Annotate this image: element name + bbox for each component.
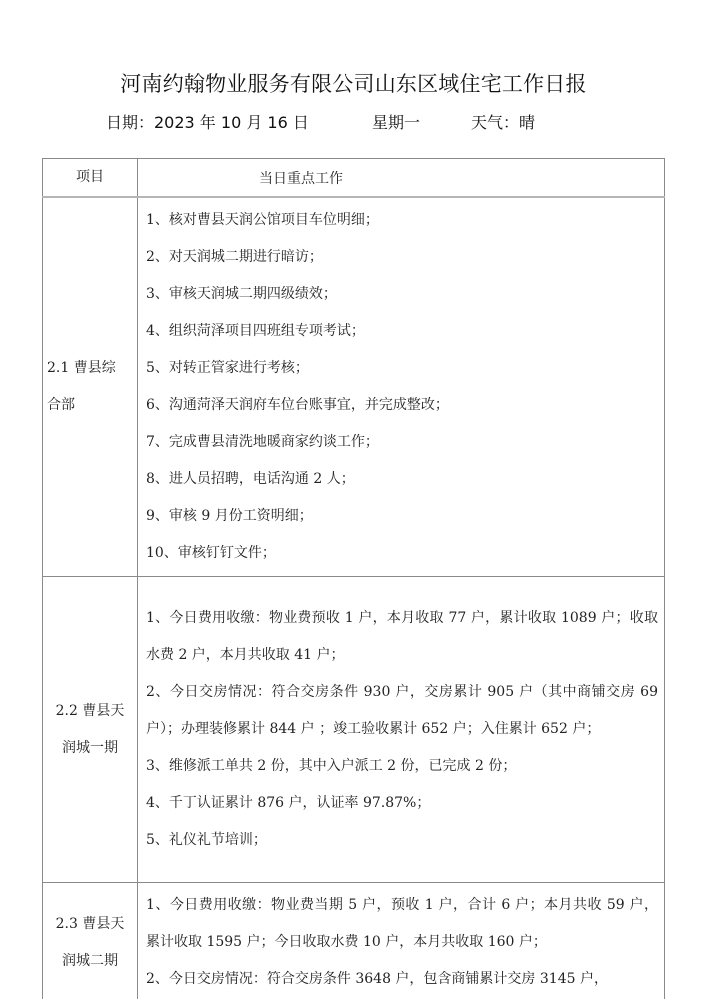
report-weekday: 星期一 bbox=[372, 110, 420, 133]
table-row: 2.2 曹县天 润城一期 1、今日费用收缴：物业费预收 1 户，本月收取 77 … bbox=[43, 577, 665, 883]
table-header-row: 项目 当日重点工作 bbox=[43, 159, 665, 198]
task-line: 1、今日费用收缴：物业费预收 1 户，本月收取 77 户，累计收取 1089 户… bbox=[146, 600, 658, 674]
task-line: 10、审核钉钉文件； bbox=[146, 535, 658, 572]
row-item-cell: 2.2 曹县天 润城一期 bbox=[43, 577, 138, 883]
row-item-cell: 2.3 曹县天 润城二期 bbox=[43, 883, 138, 999]
task-line: 5、礼仪礼节培训； bbox=[146, 822, 658, 859]
task-line: 4、千丁认证累计 876 户，认证率 97.87%； bbox=[146, 785, 658, 822]
row-work-cell: 1、今日费用收缴：物业费预收 1 户，本月收取 77 户，累计收取 1089 户… bbox=[138, 577, 665, 883]
row-item-line1: 2.1 曹县综 bbox=[47, 360, 116, 376]
task-line: 7、完成曹县清洗地暖商家约谈工作； bbox=[146, 424, 658, 461]
task-line: 5、对转正管家进行考核； bbox=[146, 350, 658, 387]
row-item-label: 2.3 曹县天 润城二期 bbox=[47, 906, 133, 980]
row-item-line1: 2.2 曹县天 bbox=[56, 703, 125, 719]
row-item-line2: 润城二期 bbox=[62, 953, 118, 969]
daily-work-table: 项目 当日重点工作 2.1 曹县综 合部 1、核对曹县天润公馆项目车位明细； 2… bbox=[42, 158, 665, 999]
task-line: 1、今日费用收缴：物业费当期 5 户，预收 1 户，合计 6 户；本月共收 59… bbox=[146, 887, 658, 961]
row-item-label: 2.2 曹县天 润城一期 bbox=[47, 693, 133, 767]
task-line: 3、审核天润城二期四级绩效； bbox=[146, 276, 658, 313]
row-item-line2: 润城一期 bbox=[62, 740, 118, 756]
report-date: 日期：2023 年 10 月 16 日 bbox=[106, 110, 309, 133]
task-line: 2、今日交房情况：符合交房条件 3648 户，包含商铺累计交房 3145 户， bbox=[146, 961, 658, 998]
report-weather: 天气：晴 bbox=[471, 110, 535, 133]
header-item: 项目 bbox=[43, 159, 138, 198]
task-line: 2、今日交房情况：符合交房条件 930 户，交房累计 905 户（其中商铺交房 … bbox=[146, 674, 658, 748]
row-work-cell: 1、今日费用收缴：物业费当期 5 户，预收 1 户，合计 6 户；本月共收 59… bbox=[138, 883, 665, 999]
report-title: 河南约翰物业服务有限公司山东区域住宅工作日报 bbox=[0, 68, 707, 98]
row-item-label: 2.1 曹县综 合部 bbox=[47, 350, 133, 424]
row-item-line2: 合部 bbox=[47, 397, 75, 413]
task-line: 6、沟通菏泽天润府车位台账事宜，并完成整改； bbox=[146, 387, 658, 424]
task-line: 8、进人员招聘，电话沟通 2 人； bbox=[146, 461, 658, 498]
task-line: 9、审核 9 月份工资明细； bbox=[146, 498, 658, 535]
row-work-cell: 1、核对曹县天润公馆项目车位明细； 2、对天润城二期进行暗访； 3、审核天润城二… bbox=[138, 197, 665, 577]
task-line: 2、对天润城二期进行暗访； bbox=[146, 239, 658, 276]
row-item-line1: 2.3 曹县天 bbox=[56, 916, 125, 932]
table-row: 2.1 曹县综 合部 1、核对曹县天润公馆项目车位明细； 2、对天润城二期进行暗… bbox=[43, 197, 665, 577]
task-line: 1、核对曹县天润公馆项目车位明细； bbox=[146, 202, 658, 239]
header-key-work: 当日重点工作 bbox=[138, 159, 665, 198]
task-line: 3、维修派工单共 2 份，其中入户派工 2 份，已完成 2 份； bbox=[146, 748, 658, 785]
task-line: 4、组织菏泽项目四班组专项考试； bbox=[146, 313, 658, 350]
table-row: 2.3 曹县天 润城二期 1、今日费用收缴：物业费当期 5 户，预收 1 户，合… bbox=[43, 883, 665, 999]
row-item-cell: 2.1 曹县综 合部 bbox=[43, 197, 138, 577]
